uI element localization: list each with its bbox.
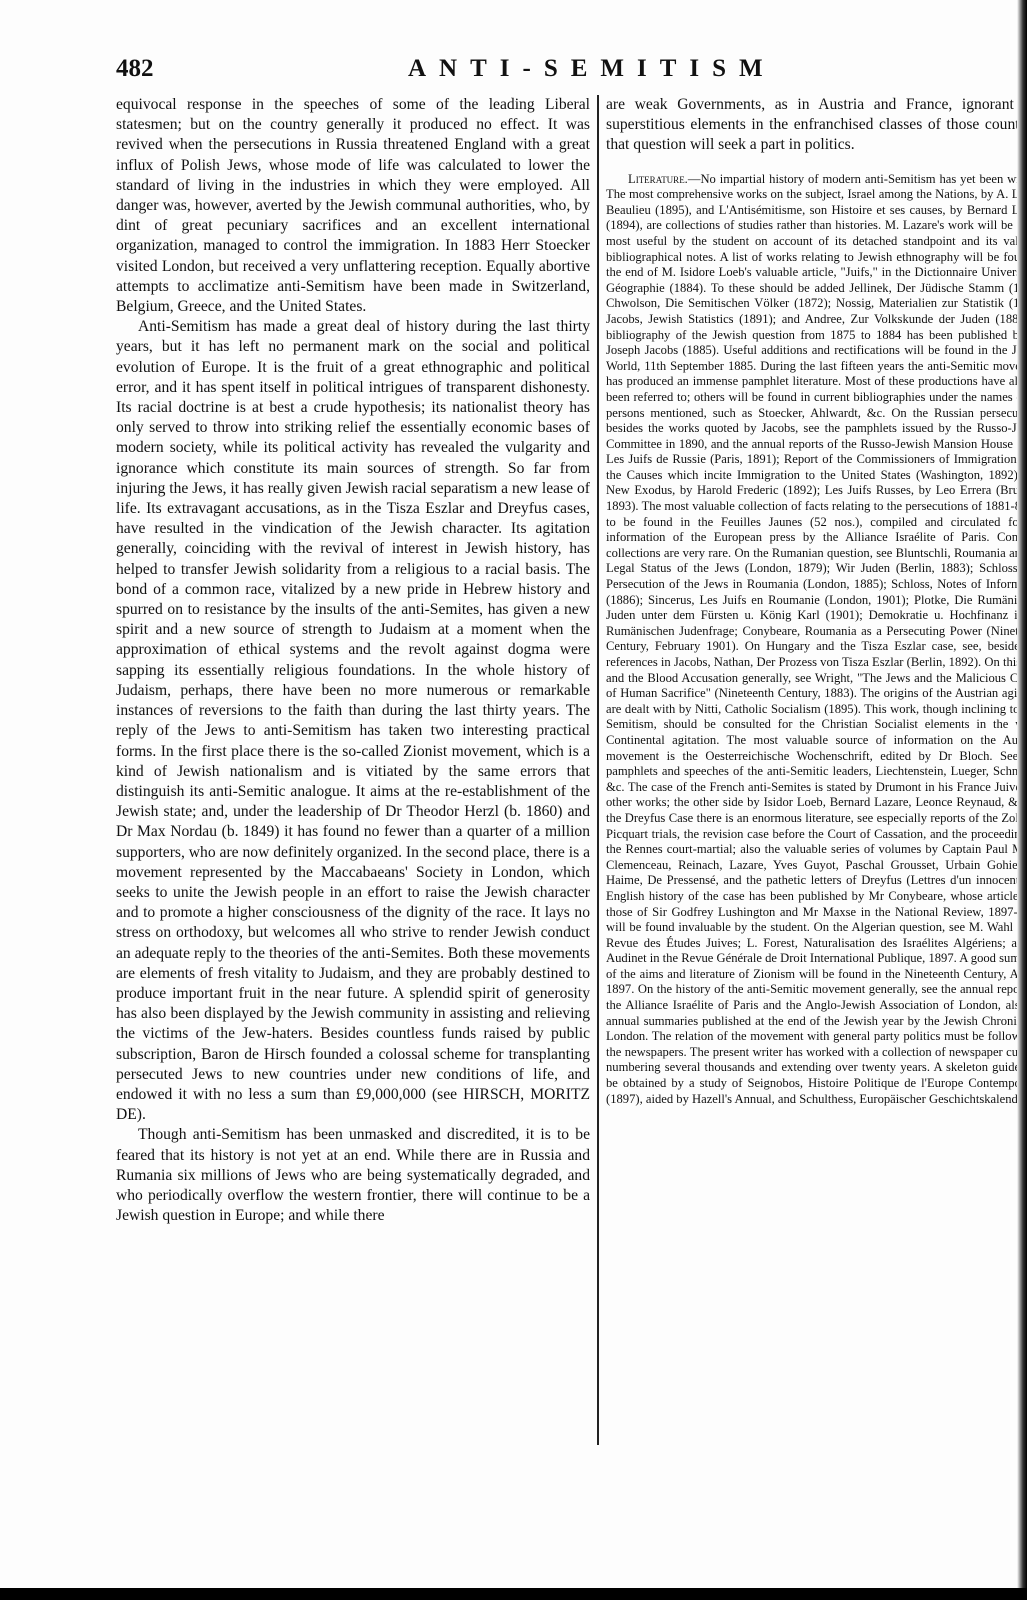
page-header: 482 ANTI-SEMITISM <box>116 55 1016 89</box>
page-number: 482 <box>116 55 154 83</box>
scan-bottom-edge <box>0 1588 1027 1600</box>
literature-section: Literature.—No impartial history of mode… <box>606 172 1027 1108</box>
right-column: are weak Governments, as in Austria and … <box>606 95 1027 1107</box>
column-divider <box>597 95 599 1445</box>
paragraph: Though anti-Semitism has been unmasked a… <box>116 1125 590 1226</box>
literature-label: Literature. <box>628 172 688 186</box>
paragraph: Anti-Semitism has made a great deal of h… <box>116 317 590 1125</box>
paragraph-continuation: are weak Governments, as in Austria and … <box>606 95 1027 156</box>
paragraph: equivocal response in the speeches of so… <box>116 95 590 317</box>
scan-edge <box>1017 0 1027 1600</box>
running-head-title: ANTI-SEMITISM <box>408 55 776 83</box>
left-column: equivocal response in the speeches of so… <box>116 95 590 1226</box>
literature-text: —No impartial history of modern anti-Sem… <box>606 172 1027 1106</box>
document-page: 482 ANTI-SEMITISM equivocal response in … <box>0 0 1027 1600</box>
